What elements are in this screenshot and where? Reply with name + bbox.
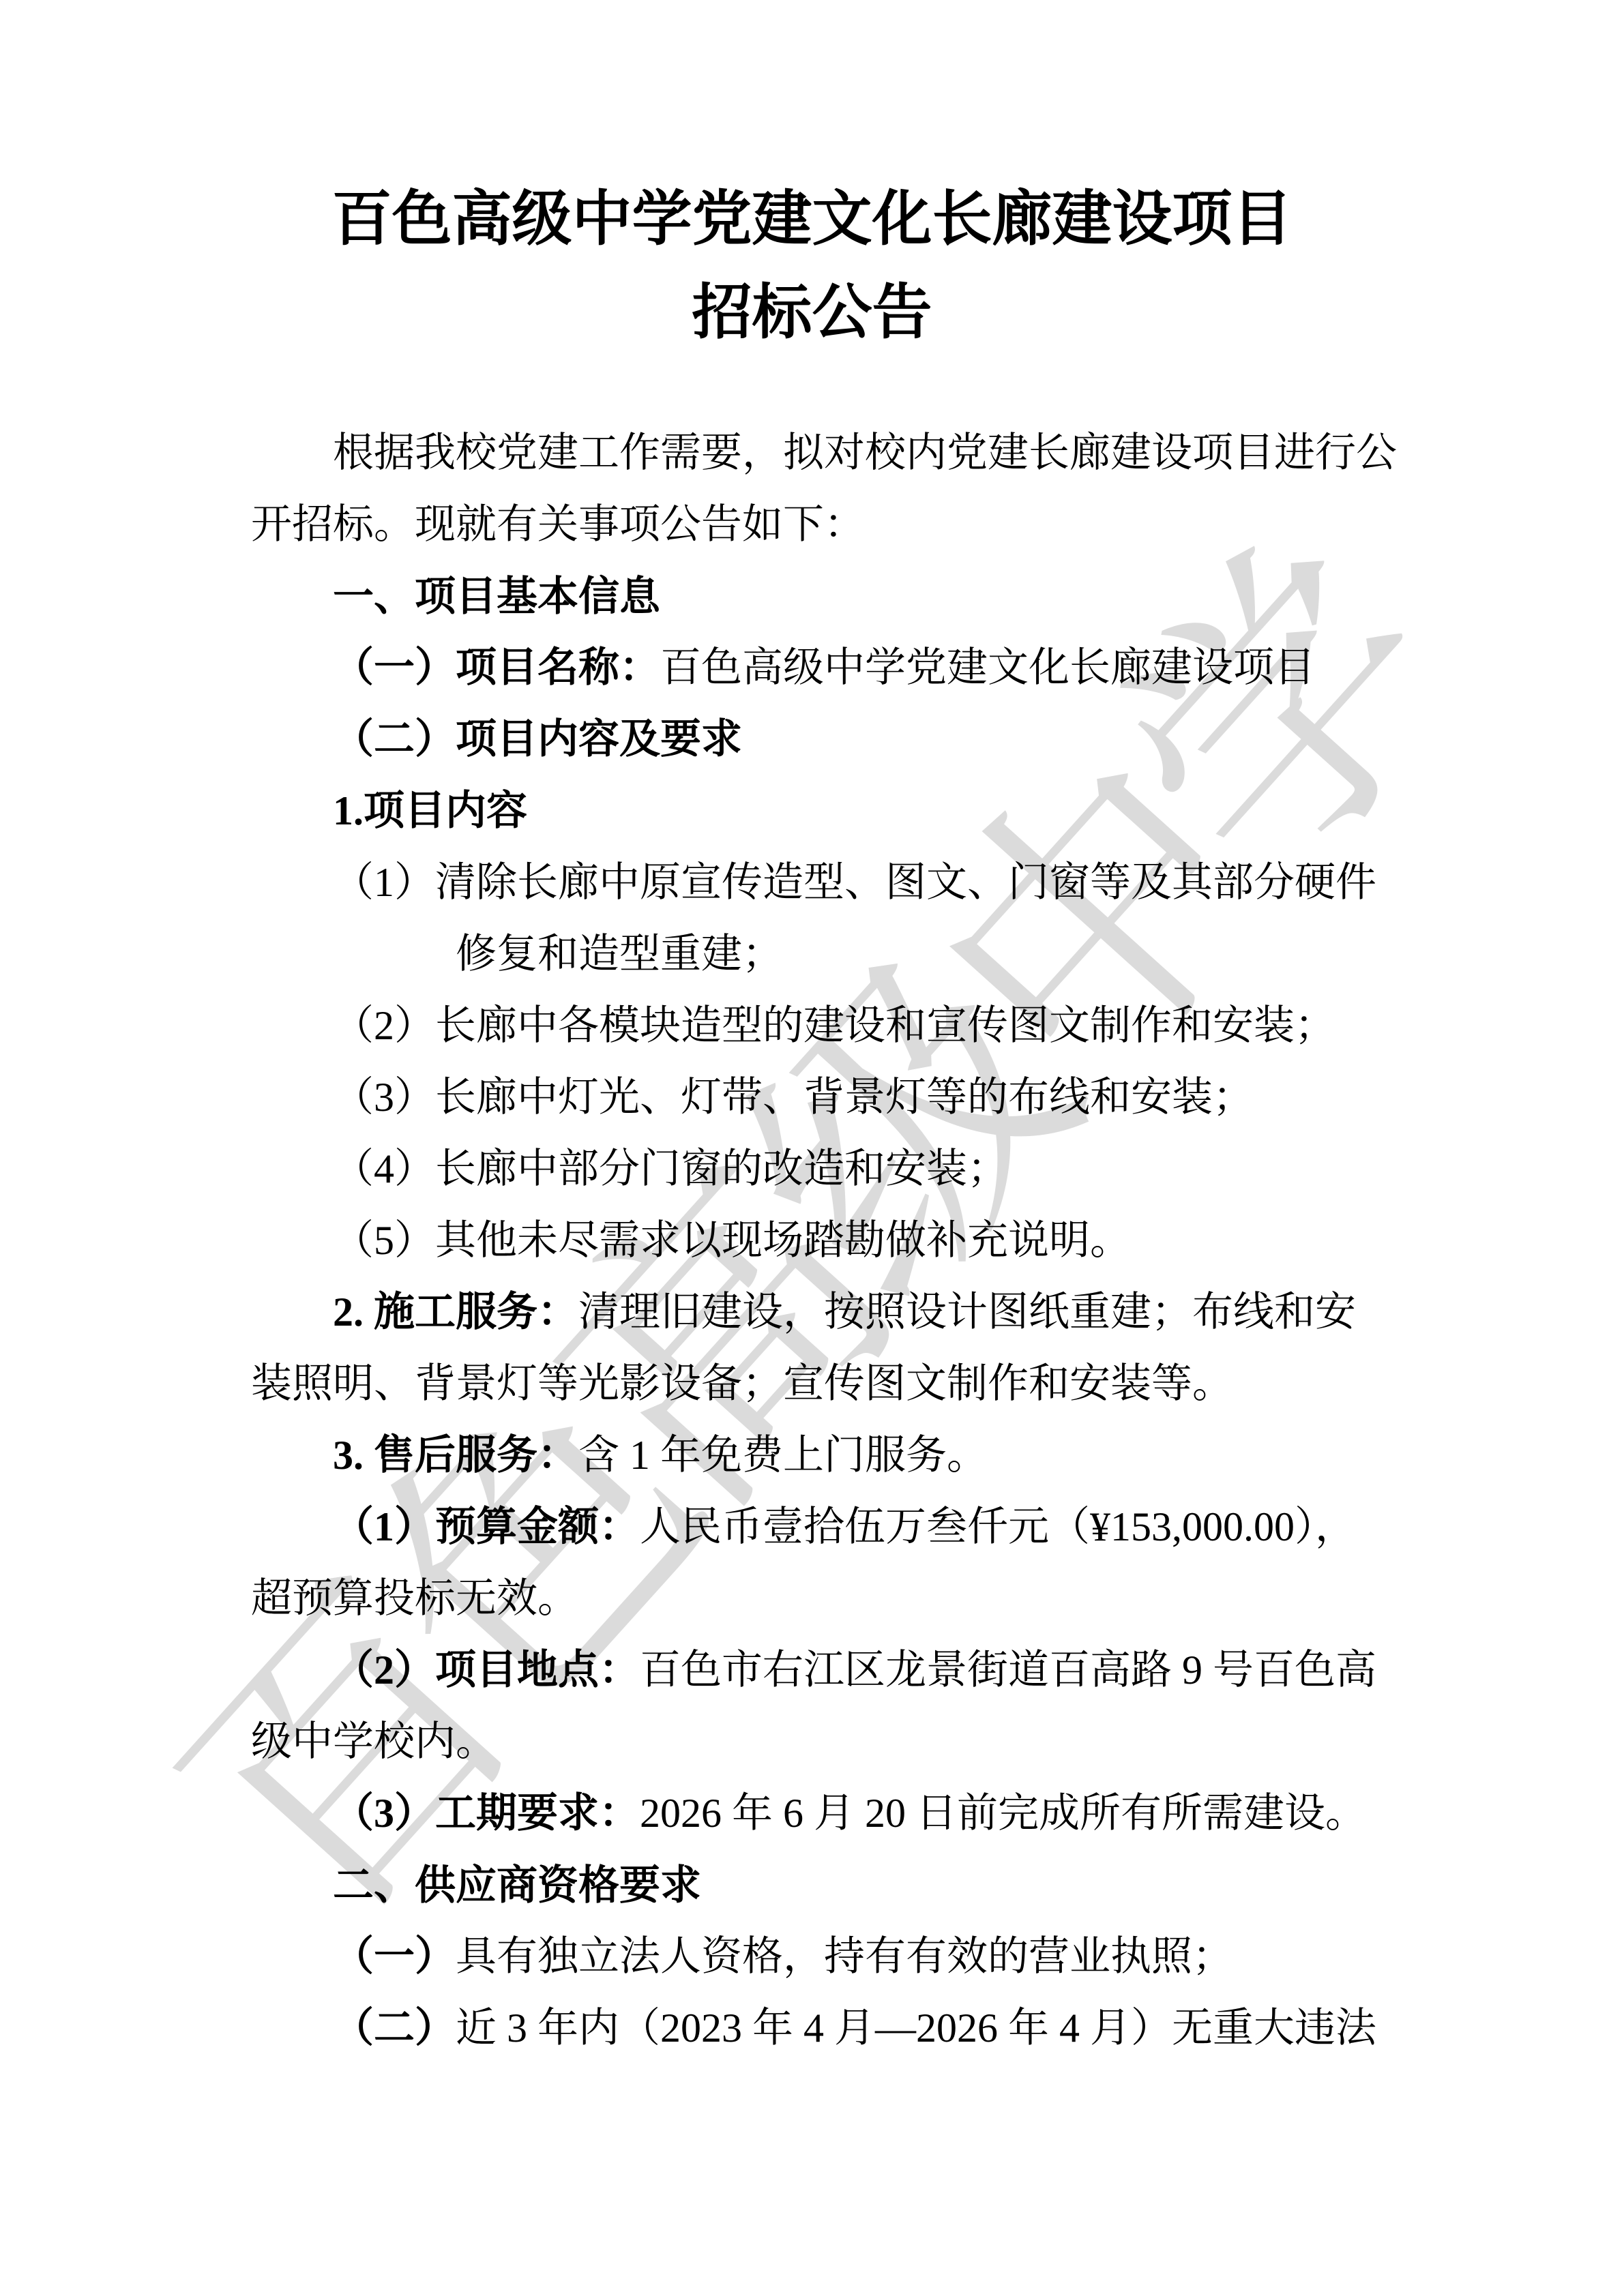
document-line: 一、项目基本信息 (251, 561, 1376, 632)
document-line: （3）工期要求：2026 年 6 月 20 日前完成所有所需建设。 (251, 1778, 1376, 1849)
body-text: 开招标。现就有关事项公告如下： (251, 502, 865, 547)
body-text: 百色高级中学党建文化长廊建设项目 (660, 645, 1315, 690)
document-line: （4）长廊中部分门窗的改造和安装； (251, 1133, 1376, 1205)
document-line: （二）近 3 年内（2023 年 4 月—2026 年 4 月）无重大违法 (251, 1993, 1376, 2064)
label-text: 1.项目内容 (333, 788, 527, 833)
document-line: （2）项目地点：百色市右江区龙景街道百高路 9 号百色高 (251, 1635, 1376, 1706)
document-line: 2. 施工服务：清理旧建设，按照设计图纸重建；布线和安 (251, 1277, 1376, 1348)
body-text: 修复和造型重建； (456, 931, 783, 976)
document-page: 百色高级中学 百色高级中学党建文化长廊建设项目 招标公告 根据我校党建工作需要，… (0, 0, 1624, 2296)
label-text: （1）预算金额： (333, 1504, 640, 1549)
body-text: （5）其他未尽需求以现场踏勘做补充说明。 (333, 1218, 1131, 1263)
label-text: （二） (333, 2006, 456, 2051)
document-line: （1）清除长廊中原宣传造型、图文、门窗等及其部分硬件 (251, 847, 1376, 919)
label-text: 2. 施工服务： (333, 1289, 578, 1335)
document-line: 二、供应商资格要求 (251, 1849, 1376, 1921)
document-line: （二）项目内容及要求 (251, 704, 1376, 775)
body-text: 含 1 年免费上门服务。 (578, 1433, 988, 1478)
document-line: （2）长廊中各模块造型的建设和宣传图文制作和安装； (251, 990, 1376, 1062)
section-heading-text: 二、供应商资格要求 (333, 1862, 701, 1908)
document-line: 装照明、背景灯等光影设备；宣传图文制作和安装等。 (251, 1348, 1376, 1420)
body-text: （3）长廊中灯光、灯带、背景灯等的布线和安装； (333, 1075, 1254, 1120)
label-text: （一） (333, 1934, 456, 1979)
document-line: （一）具有独立法人资格，持有有效的营业执照； (251, 1921, 1376, 1993)
body-text: 级中学校内。 (251, 1719, 497, 1764)
document-line: 1.项目内容 (251, 775, 1376, 847)
document-line: （5）其他未尽需求以现场踏勘做补充说明。 (251, 1205, 1376, 1277)
document-line: 级中学校内。 (251, 1706, 1376, 1778)
body-text: 超预算投标无效。 (251, 1576, 578, 1621)
body-text: 装照明、背景灯等光影设备；宣传图文制作和安装等。 (251, 1361, 1233, 1406)
section-heading-text: 一、项目基本信息 (333, 573, 660, 619)
label-text: （一）项目名称： (333, 645, 660, 690)
body-text: （1）清除长廊中原宣传造型、图文、门窗等及其部分硬件 (333, 860, 1376, 905)
document-line: 超预算投标无效。 (251, 1563, 1376, 1635)
body-text: 2026 年 6 月 20 日前完成所有所需建设。 (640, 1791, 1366, 1836)
body-text: 近 3 年内（2023 年 4 月—2026 年 4 月）无重大违法 (456, 2006, 1376, 2051)
title-line-2: 招标公告 (0, 265, 1624, 359)
document-line: 3. 售后服务：含 1 年免费上门服务。 (251, 1420, 1376, 1491)
document-line: 修复和造型重建； (251, 919, 1376, 990)
document-title: 百色高级中学党建文化长廊建设项目 招标公告 (0, 172, 1624, 359)
label-text: （二）项目内容及要求 (333, 717, 742, 762)
label-text: 3. 售后服务： (333, 1433, 578, 1478)
label-text: （2）项目地点： (333, 1648, 640, 1693)
document-line: 根据我校党建工作需要，拟对校内党建长廊建设项目进行公 (251, 417, 1376, 489)
body-text: 人民币壹拾伍万叁仟元（¥153,000.00）， (640, 1504, 1356, 1549)
title-line-1: 百色高级中学党建文化长廊建设项目 (0, 172, 1624, 265)
body-text: 根据我校党建工作需要，拟对校内党建长廊建设项目进行公 (333, 430, 1397, 475)
body-text: 百色市右江区龙景街道百高路 9 号百色高 (640, 1648, 1376, 1693)
document-line: （3）长廊中灯光、灯带、背景灯等的布线和安装； (251, 1062, 1376, 1133)
body-text: 具有独立法人资格，持有有效的营业执照； (456, 1934, 1233, 1979)
document-line: （一）项目名称：百色高级中学党建文化长廊建设项目 (251, 632, 1376, 704)
label-text: （3）工期要求： (333, 1791, 640, 1836)
body-text: 清理旧建设，按照设计图纸重建；布线和安 (578, 1289, 1356, 1335)
document-line: （1）预算金额：人民币壹拾伍万叁仟元（¥153,000.00）， (251, 1491, 1376, 1563)
document-line: 开招标。现就有关事项公告如下： (251, 489, 1376, 561)
body-text: （2）长廊中各模块造型的建设和宣传图文制作和安装； (333, 1003, 1335, 1048)
body-text: （4）长廊中部分门窗的改造和安装； (333, 1146, 1008, 1191)
document-body: 根据我校党建工作需要，拟对校内党建长廊建设项目进行公开招标。现就有关事项公告如下… (251, 417, 1376, 2064)
